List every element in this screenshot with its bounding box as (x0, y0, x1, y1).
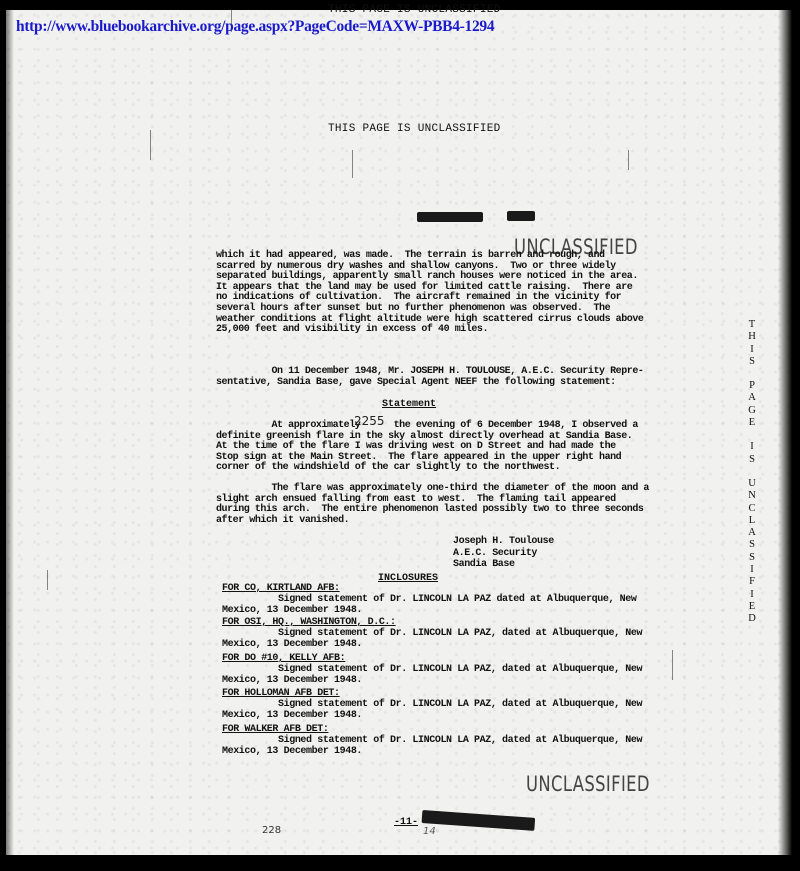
inclosure-recipient: FOR HOLLOMAN AFB DET: (222, 688, 642, 699)
classification-banner-mid: THIS PAGE IS UNCLASSIFIED (328, 123, 501, 135)
scan-edge-right (778, 10, 792, 855)
page-number: -11- (394, 817, 418, 828)
inclosure-recipient: FOR DO #10, KELLY AFB: (222, 653, 642, 664)
inclosure-recipient: FOR CO, KIRTLAND AFB: (222, 583, 642, 594)
inclosure-description: Signed statement of Dr. LINCOLN LA PAZ, … (222, 664, 642, 686)
redaction-bar (417, 212, 483, 222)
inclosure-recipient: FOR WALKER AFB DET: (222, 724, 642, 735)
handwritten-mark: 14 (423, 826, 436, 837)
signature-title: A.E.C. Security (453, 548, 537, 559)
inclosure-description: Signed statement of Dr. LINCOLN LA PAZ d… (222, 594, 642, 616)
inclosure-recipient: FOR OSI, HQ., WASHINGTON, D.C.: (222, 617, 642, 628)
classification-banner-side: THISPAGEISUNCLASSIFIED (746, 319, 758, 626)
inclosure-item: FOR DO #10, KELLY AFB: Signed statement … (222, 653, 642, 686)
inclosure-description: Signed statement of Dr. LINCOLN LA PAZ, … (222, 699, 642, 721)
signature-location: Sandia Base (453, 559, 515, 570)
source-url-link[interactable]: http://www.bluebookarchive.org/page.aspx… (16, 18, 494, 36)
inclosure-item: FOR OSI, HQ., WASHINGTON, D.C.: Signed s… (222, 617, 642, 650)
scan-scratch (672, 650, 673, 680)
unclassified-stamp-bottom: UNCLASSIFIED (526, 772, 650, 796)
statement-paragraph-2: The flare was approximately one-third th… (216, 484, 636, 526)
scan-edge-left (6, 10, 14, 855)
scan-scratch (352, 150, 353, 178)
inclosure-item: FOR HOLLOMAN AFB DET: Signed statement o… (222, 688, 642, 721)
statement-heading: Statement (382, 399, 436, 410)
inclosure-item: FOR WALKER AFB DET: Signed statement of … (222, 724, 642, 757)
handwritten-time: 2255 (354, 414, 385, 428)
paragraph-terrain: which it had appeared, was made. The ter… (216, 251, 636, 336)
inclosure-item: FOR CO, KIRTLAND AFB: Signed statement o… (222, 583, 642, 616)
redaction-bar (507, 211, 535, 221)
inclosure-description: Signed statement of Dr. LINCOLN LA PAZ, … (222, 628, 642, 650)
handwritten-number: 228 (262, 825, 281, 836)
statement-paragraph-1: At approximately the evening of 6 Decemb… (216, 421, 636, 474)
scan-scratch (47, 570, 48, 590)
inclosure-description: Signed statement of Dr. LINCOLN LA PAZ, … (222, 735, 642, 757)
scan-scratch (150, 130, 151, 160)
paragraph-intro: On 11 December 1948, Mr. JOSEPH H. TOULO… (216, 367, 636, 388)
scan-scratch (628, 150, 629, 170)
signature-block: Joseph H. Toulouse A.E.C. Security Sandi… (453, 536, 554, 571)
classification-banner-top: THIS PAGE IS UNCLASSIFIED (328, 4, 501, 16)
signature-name: Joseph H. Toulouse (453, 536, 554, 547)
scan-scratch (144, 855, 145, 871)
